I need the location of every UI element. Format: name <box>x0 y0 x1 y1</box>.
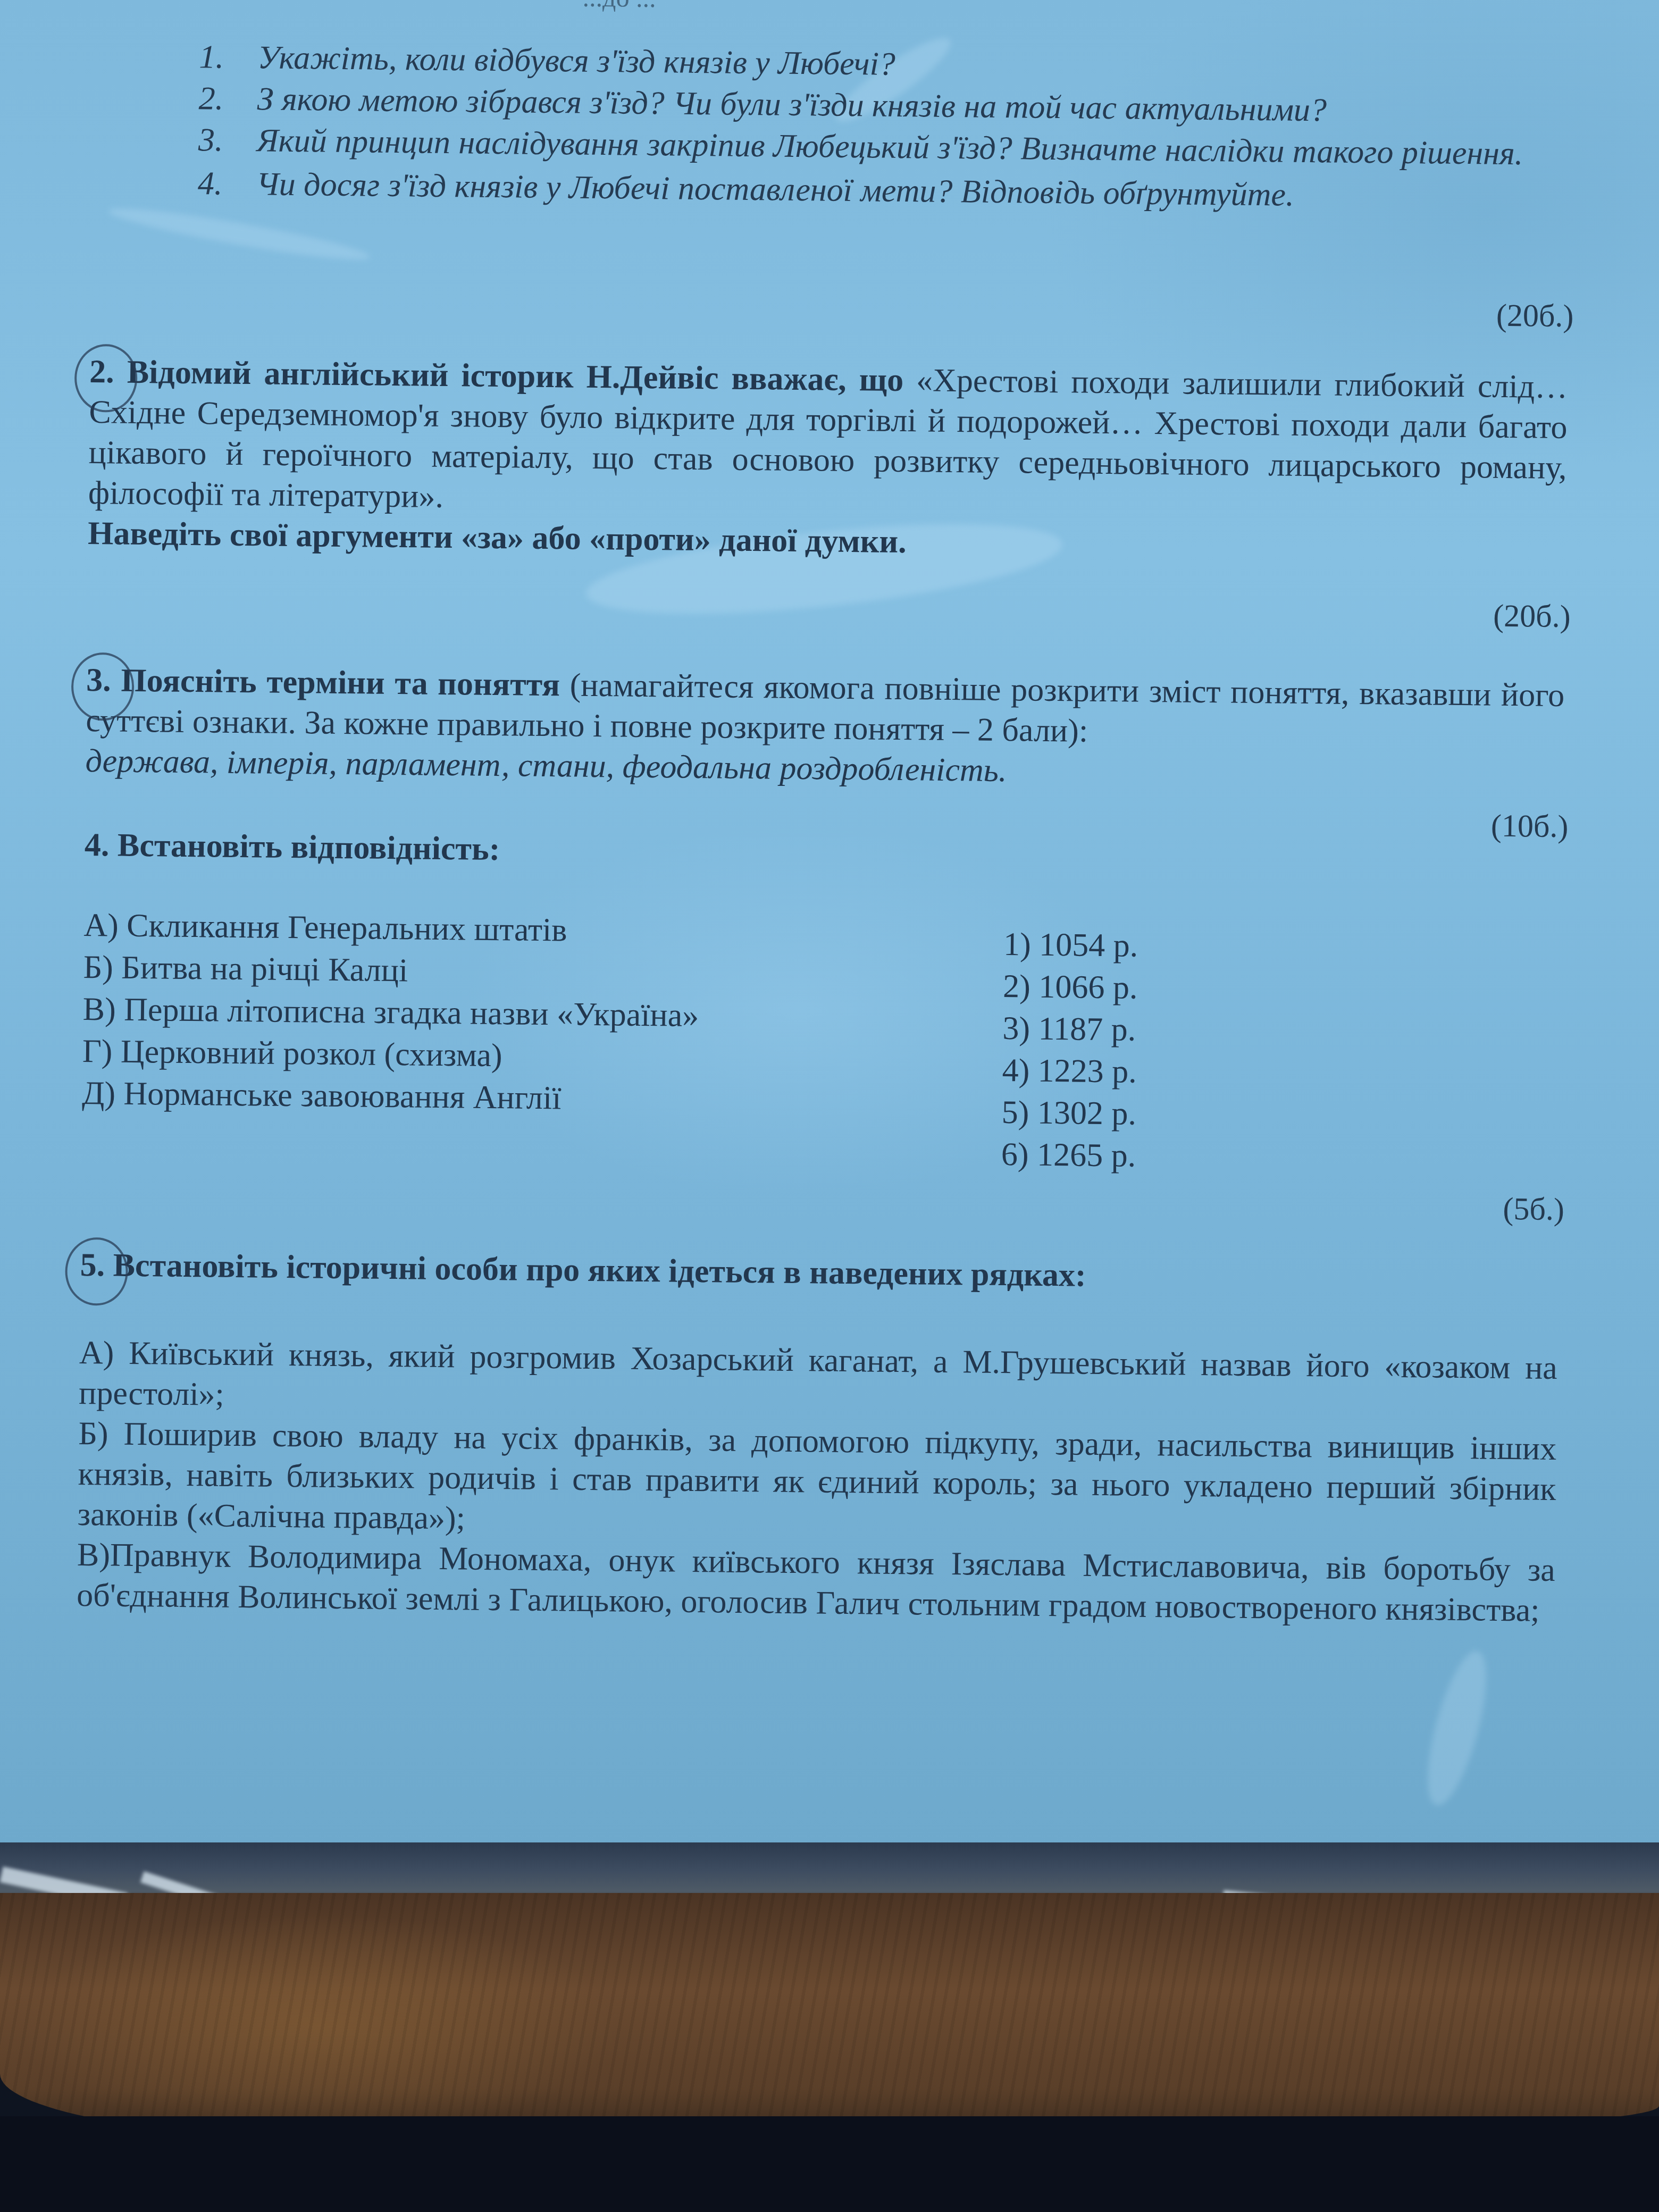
question-4-points: (5б.) <box>1503 1191 1564 1228</box>
date-item: 6) 1265 р. <box>1001 1134 1268 1178</box>
question-1-points: (20б.) <box>1496 297 1574 335</box>
date-item: 3) 1187 р. <box>1002 1008 1269 1052</box>
question-3: 3. Поясніть терміни та поняття (намагайт… <box>85 660 1564 797</box>
question-5-title: Встановіть історичні особи про яких ідет… <box>113 1247 1086 1294</box>
item-number: 3. <box>198 119 257 161</box>
question-5-number-circled: 5. <box>80 1245 105 1285</box>
date-item: 5) 1302 р. <box>1001 1092 1268 1136</box>
wooden-table <box>0 1893 1659 2138</box>
question-5-items: А) Київський князь, який розгромив Хозар… <box>77 1333 1557 1631</box>
item-number: 4. <box>198 163 257 205</box>
event-item: А) Скликання Генеральних штатів <box>83 904 828 954</box>
event-item: Б) Битва на річці Калці <box>83 946 828 996</box>
matching-dates-column: 1) 1054 р. 2) 1066 р. 3) 1187 р. 4) 1223… <box>1001 924 1270 1178</box>
paper-crease <box>106 200 372 267</box>
paper-crease <box>1416 1646 1498 1811</box>
question-2-points: (20б.) <box>1493 598 1571 635</box>
question-2-number-circled: 2. <box>89 351 114 392</box>
date-item: 4) 1223 р. <box>1002 1050 1268 1094</box>
event-item: Д) Норманське завоювання Англії <box>82 1073 827 1122</box>
dark-background <box>0 2116 1659 2212</box>
matching-events-column: А) Скликання Генеральних штатів Б) Битва… <box>82 904 828 1122</box>
person-description: В)Правнук Володимира Мономаха, онук київ… <box>77 1535 1555 1631</box>
cropped-heading-fragment: ...до ... <box>582 0 656 13</box>
question-3-number-circled: 3. <box>86 660 111 700</box>
person-description: Б) Поширив свою владу на усіх франків, з… <box>77 1413 1556 1550</box>
date-item: 2) 1066 р. <box>1003 966 1269 1010</box>
item-number: 2. <box>198 78 257 120</box>
question-2: 2. Відомий англійський історик Н.Дейвіс … <box>88 351 1568 569</box>
question-1-list: 1. Укажіть, коли відбувся з'їзд князів у… <box>198 36 1582 219</box>
date-item: 1) 1054 р. <box>1003 924 1270 968</box>
photo-frame: ...до ... 1. Укажіть, коли відбувся з'їз… <box>0 0 1659 2212</box>
question-3-title: Поясніть терміни та поняття <box>121 663 560 703</box>
person-description: А) Київський князь, який розгромив Хозар… <box>79 1333 1557 1429</box>
event-item: Г) Церковний розкол (схизма) <box>82 1030 827 1080</box>
question-2-intro: Відомий англійський історик Н.Дейвіс вва… <box>127 354 904 398</box>
event-item: В) Перша літописна згадка назви «Україна… <box>82 988 827 1038</box>
item-number: 1. <box>199 36 258 78</box>
